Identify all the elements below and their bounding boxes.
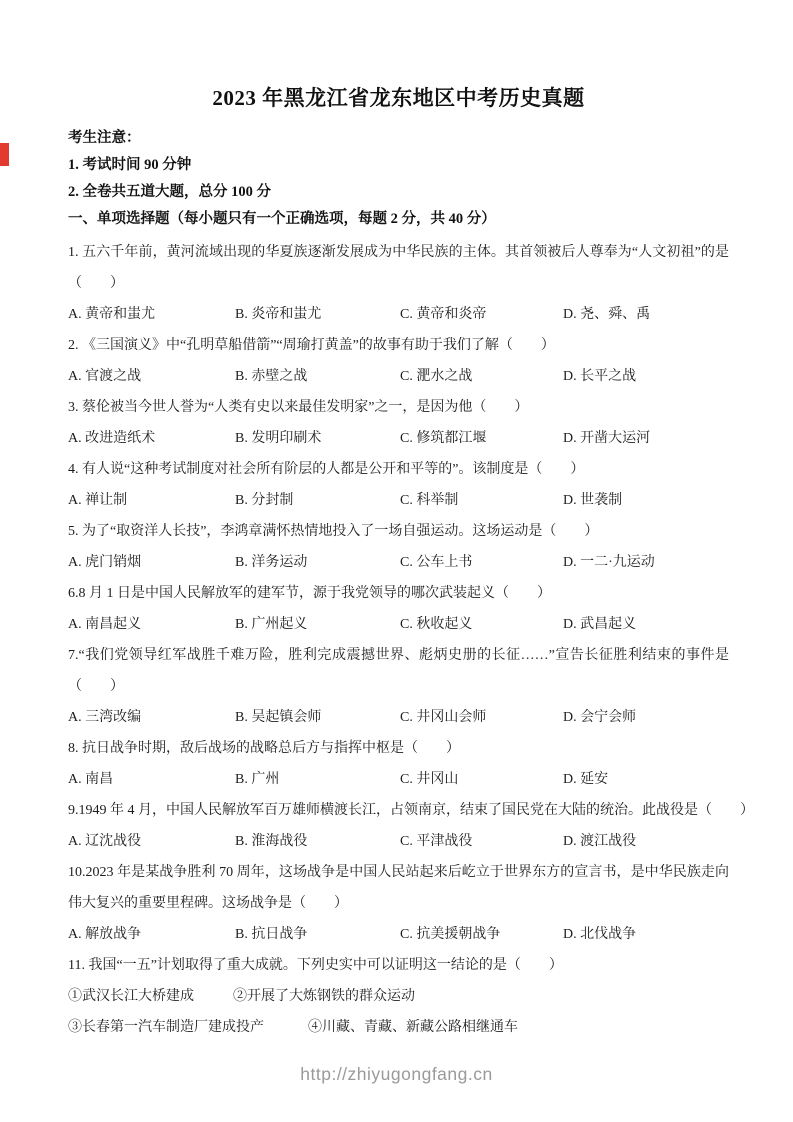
candidate-notices: 考生注意： 1. 考试时间 90 分钟 2. 全卷共五道大题，总分 100 分 … [68, 125, 729, 233]
question-10-option-d: D. 北伐战争 [563, 919, 729, 950]
question-2-option-b: B. 赤壁之战 [235, 361, 400, 392]
question-8-option-c: C. 井冈山 [400, 764, 563, 795]
question-7-option-a: A. 三湾改编 [68, 702, 235, 733]
question-7: 7.“我们党领导红军战胜千难万险，胜利完成震撼世界、彪炳史册的长征……”宣告长征… [68, 640, 729, 733]
question-11-subitems-row-1: ①武汉长江大桥建成 ②开展了大炼钢铁的群众运动 [68, 981, 729, 1012]
question-6-option-d: D. 武昌起义 [563, 609, 729, 640]
question-4: 4. 有人说“这种考试制度对社会所有阶层的人都是公开和平等的”。该制度是（ ） … [68, 454, 729, 516]
question-4-stem: 4. 有人说“这种考试制度对社会所有阶层的人都是公开和平等的”。该制度是（ ） [68, 454, 729, 485]
exam-document-page: 2023 年黑龙江省龙东地区中考历史真题 考生注意： 1. 考试时间 90 分钟… [0, 0, 793, 1122]
question-5-option-d: D. 一二·九运动 [563, 547, 729, 578]
question-5: 5. 为了“取资洋人长技”，李鸿章满怀热情地投入了一场自强运动。这场运动是（ ）… [68, 516, 729, 578]
question-4-option-c: C. 科举制 [400, 485, 563, 516]
question-1-option-d: D. 尧、舜、禹 [563, 299, 729, 330]
notice-item-1: 1. 考试时间 90 分钟 [68, 152, 729, 179]
question-8-options: A. 南昌 B. 广州 C. 井冈山 D. 延安 [68, 764, 729, 795]
question-1-option-c: C. 黄帝和炎帝 [400, 299, 563, 330]
notice-item-2: 2. 全卷共五道大题，总分 100 分 [68, 179, 729, 206]
question-10-stem: 10.2023 年是某战争胜利 70 周年，这场战争是中国人民站起来后屹立于世界… [68, 857, 729, 919]
question-8-stem: 8. 抗日战争时期，敌后战场的战略总后方与指挥中枢是（ ） [68, 733, 729, 764]
question-3: 3. 蔡伦被当今世人誉为“人类有史以来最佳发明家”之一，是因为他（ ） A. 改… [68, 392, 729, 454]
question-1-stem: 1. 五六千年前，黄河流域出现的华夏族逐渐发展成为中华民族的主体。其首领被后人尊… [68, 237, 729, 299]
notice-heading: 考生注意： [68, 125, 729, 152]
question-4-option-a: A. 禅让制 [68, 485, 235, 516]
question-3-stem: 3. 蔡伦被当今世人誉为“人类有史以来最佳发明家”之一，是因为他（ ） [68, 392, 729, 423]
question-2-option-c: C. 淝水之战 [400, 361, 563, 392]
question-5-options: A. 虎门销烟 B. 洋务运动 C. 公车上书 D. 一二·九运动 [68, 547, 729, 578]
question-11-subitems-row-2: ③长春第一汽车制造厂建成投产 ④川藏、青藏、新藏公路相继通车 [68, 1012, 729, 1043]
question-9-option-a: A. 辽沈战役 [68, 826, 235, 857]
question-1-option-a: A. 黄帝和蚩尤 [68, 299, 235, 330]
question-1-options: A. 黄帝和蚩尤 B. 炎帝和蚩尤 C. 黄帝和炎帝 D. 尧、舜、禹 [68, 299, 729, 330]
question-list: 1. 五六千年前，黄河流域出现的华夏族逐渐发展成为中华民族的主体。其首领被后人尊… [68, 237, 729, 1043]
question-4-options: A. 禅让制 B. 分封制 C. 科举制 D. 世袭制 [68, 485, 729, 516]
question-7-option-d: D. 会宁会师 [563, 702, 729, 733]
question-2-options: A. 官渡之战 B. 赤壁之战 C. 淝水之战 D. 长平之战 [68, 361, 729, 392]
question-9-option-c: C. 平津战役 [400, 826, 563, 857]
question-10-option-b: B. 抗日战争 [235, 919, 400, 950]
question-4-option-d: D. 世袭制 [563, 485, 729, 516]
question-7-options: A. 三湾改编 B. 吴起镇会师 C. 井冈山会师 D. 会宁会师 [68, 702, 729, 733]
question-1: 1. 五六千年前，黄河流域出现的华夏族逐渐发展成为中华民族的主体。其首领被后人尊… [68, 237, 729, 330]
document-content: 2023 年黑龙江省龙东地区中考历史真题 考生注意： 1. 考试时间 90 分钟… [0, 0, 793, 1043]
page-title: 2023 年黑龙江省龙东地区中考历史真题 [68, 82, 729, 112]
question-3-option-d: D. 开凿大运河 [563, 423, 729, 454]
question-11: 11. 我国“一五”计划取得了重大成就。下列史实中可以证明这一结论的是（ ） ①… [68, 950, 729, 1043]
question-6-options: A. 南昌起义 B. 广州起义 C. 秋收起义 D. 武昌起义 [68, 609, 729, 640]
question-3-option-b: B. 发明印刷术 [235, 423, 400, 454]
question-5-option-a: A. 虎门销烟 [68, 547, 235, 578]
question-7-option-b: B. 吴起镇会师 [235, 702, 400, 733]
question-9-stem: 9.1949 年 4 月，中国人民解放军百万雄师横渡长江，占领南京，结束了国民党… [68, 795, 729, 826]
question-8: 8. 抗日战争时期，敌后战场的战略总后方与指挥中枢是（ ） A. 南昌 B. 广… [68, 733, 729, 795]
question-10-options: A. 解放战争 B. 抗日战争 C. 抗美援朝战争 D. 北伐战争 [68, 919, 729, 950]
question-7-stem: 7.“我们党领导红军战胜千难万险，胜利完成震撼世界、彪炳史册的长征……”宣告长征… [68, 640, 729, 702]
question-3-option-a: A. 改进造纸术 [68, 423, 235, 454]
question-9-option-b: B. 淮海战役 [235, 826, 400, 857]
question-7-option-c: C. 井冈山会师 [400, 702, 563, 733]
question-9-option-d: D. 渡江战役 [563, 826, 729, 857]
watermark-url: http://zhiyugongfang.cn [0, 1064, 793, 1085]
question-5-stem: 5. 为了“取资洋人长技”，李鸿章满怀热情地投入了一场自强运动。这场运动是（ ） [68, 516, 729, 547]
question-1-option-b: B. 炎帝和蚩尤 [235, 299, 400, 330]
question-6-option-b: B. 广州起义 [235, 609, 400, 640]
question-3-options: A. 改进造纸术 B. 发明印刷术 C. 修筑都江堰 D. 开凿大运河 [68, 423, 729, 454]
question-11-subitem-1: ①武汉长江大桥建成 [68, 981, 233, 1012]
section-heading: 一、单项选择题（每小题只有一个正确选项，每题 2 分，共 40 分） [68, 206, 729, 233]
question-10-option-a: A. 解放战争 [68, 919, 235, 950]
question-2: 2. 《三国演义》中“孔明草船借箭”“周瑜打黄盖”的故事有助于我们了解（ ） A… [68, 330, 729, 392]
question-6-option-c: C. 秋收起义 [400, 609, 563, 640]
question-3-option-c: C. 修筑都江堰 [400, 423, 563, 454]
question-11-stem: 11. 我国“一五”计划取得了重大成就。下列史实中可以证明这一结论的是（ ） [68, 950, 729, 981]
question-8-option-a: A. 南昌 [68, 764, 235, 795]
question-11-subitem-3: ③长春第一汽车制造厂建成投产 [68, 1012, 308, 1043]
question-2-option-d: D. 长平之战 [563, 361, 729, 392]
question-6: 6.8 月 1 日是中国人民解放军的建军节，源于我党领导的哪次武装起义（ ） A… [68, 578, 729, 640]
question-10: 10.2023 年是某战争胜利 70 周年，这场战争是中国人民站起来后屹立于世界… [68, 857, 729, 950]
question-11-subitem-4: ④川藏、青藏、新藏公路相继通车 [308, 1012, 518, 1043]
question-10-option-c: C. 抗美援朝战争 [400, 919, 563, 950]
question-5-option-c: C. 公车上书 [400, 547, 563, 578]
question-2-stem: 2. 《三国演义》中“孔明草船借箭”“周瑜打黄盖”的故事有助于我们了解（ ） [68, 330, 729, 361]
question-8-option-b: B. 广州 [235, 764, 400, 795]
question-6-stem: 6.8 月 1 日是中国人民解放军的建军节，源于我党领导的哪次武装起义（ ） [68, 578, 729, 609]
question-9: 9.1949 年 4 月，中国人民解放军百万雄师横渡长江，占领南京，结束了国民党… [68, 795, 729, 857]
question-6-option-a: A. 南昌起义 [68, 609, 235, 640]
red-margin-marker [0, 143, 9, 166]
question-5-option-b: B. 洋务运动 [235, 547, 400, 578]
question-9-options: A. 辽沈战役 B. 淮海战役 C. 平津战役 D. 渡江战役 [68, 826, 729, 857]
question-2-option-a: A. 官渡之战 [68, 361, 235, 392]
question-4-option-b: B. 分封制 [235, 485, 400, 516]
question-8-option-d: D. 延安 [563, 764, 729, 795]
question-11-subitem-2: ②开展了大炼钢铁的群众运动 [233, 981, 415, 1012]
